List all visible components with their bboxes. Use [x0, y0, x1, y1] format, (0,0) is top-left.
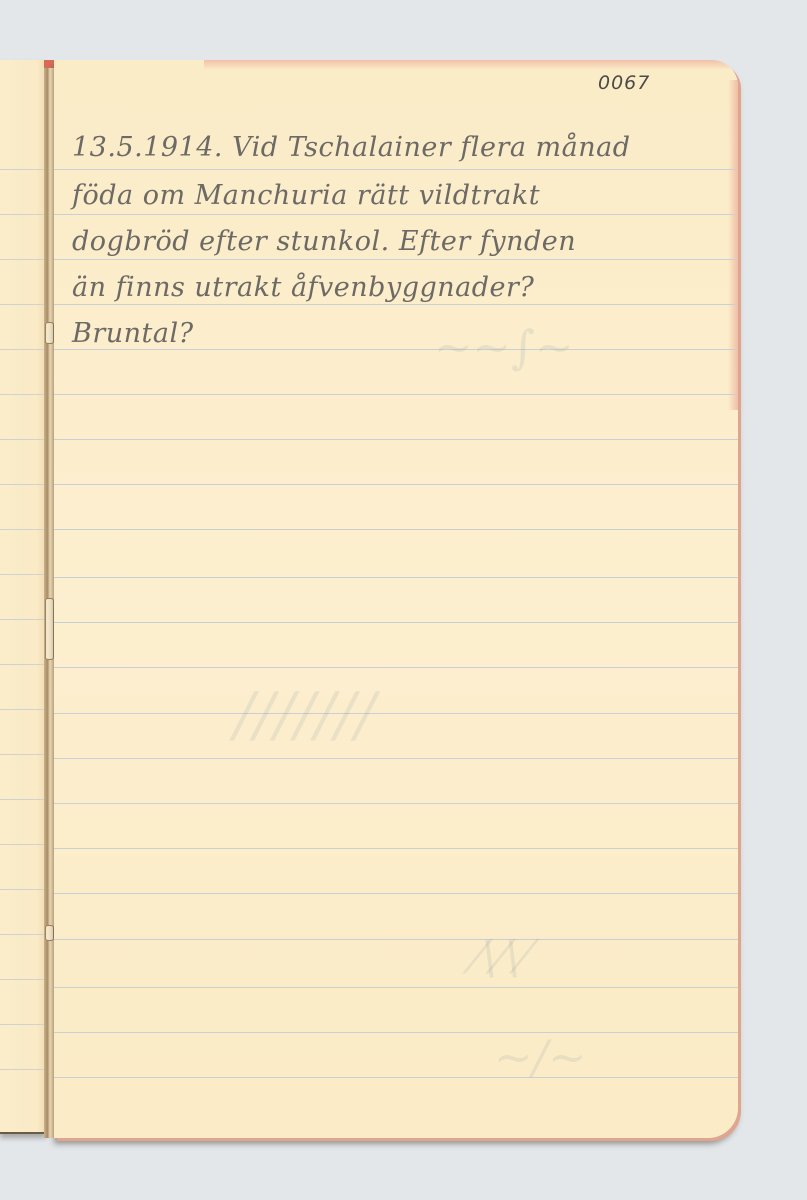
ruled-line: [54, 939, 738, 940]
binding-stitch: [45, 598, 54, 660]
ruled-line: [0, 439, 46, 440]
ruled-line: [0, 799, 46, 800]
ruled-line: [0, 934, 46, 935]
ruled-line: [0, 979, 46, 980]
ruled-line: [54, 304, 738, 305]
edge-stain-top: [204, 60, 738, 70]
spine-edge-stain: [44, 60, 54, 68]
ruled-line: [54, 713, 738, 714]
ruled-line: [0, 259, 46, 260]
previous-page-edge: [0, 60, 46, 1134]
ruled-line: [54, 1032, 738, 1033]
ruled-line: [0, 304, 46, 305]
ruled-line: [0, 394, 46, 395]
handwritten-line: dogbröd efter stunkol. Efter fynden: [72, 226, 576, 257]
binding-stitch: [45, 322, 54, 344]
ruled-line: [0, 619, 46, 620]
ruled-line: [0, 1069, 46, 1070]
ruled-line: [54, 349, 738, 350]
ruled-line: [0, 754, 46, 755]
show-through-sketch: ∕∕∕∕∕∕∕: [234, 680, 376, 750]
show-through-sketch: ~~∫~: [434, 320, 574, 374]
ruled-line: [0, 709, 46, 710]
ruled-line: [54, 439, 738, 440]
ruled-line: [0, 169, 46, 170]
handwritten-line: föda om Manchuria rätt vildtrakt: [72, 180, 540, 211]
handwritten-line: Bruntal?: [72, 318, 194, 349]
ruled-line: [0, 349, 46, 350]
ruled-line: [0, 889, 46, 890]
ruled-line: [0, 844, 46, 845]
ruled-line: [54, 484, 738, 485]
ruled-line: [54, 758, 738, 759]
ruled-line: [54, 1077, 738, 1078]
ruled-line: [54, 667, 738, 668]
ruled-line: [54, 169, 738, 170]
notebook-page: ~~∫~ ∕∕∕∕∕∕∕ ⁄\⁄\⁄ ~∕~: [54, 60, 738, 1138]
notebook-scan: ~~∫~ ∕∕∕∕∕∕∕ ⁄\⁄\⁄ ~∕~ 0067 13.5.1914. V…: [0, 0, 807, 1200]
ruled-line: [0, 529, 46, 530]
handwritten-line: än finns utrakt åfvenbyggnader?: [72, 272, 534, 303]
show-through-sketch: ⁄\⁄\⁄: [474, 930, 528, 984]
ruled-line: [54, 803, 738, 804]
ruled-line: [54, 259, 738, 260]
ruled-line: [54, 529, 738, 530]
ruled-line: [0, 1024, 46, 1025]
ruled-line: [54, 577, 738, 578]
ruled-line: [54, 394, 738, 395]
ruled-line: [54, 622, 738, 623]
ruled-line: [54, 848, 738, 849]
ruled-line: [54, 214, 738, 215]
ruled-line: [0, 664, 46, 665]
show-through-sketch: ~∕~: [494, 1030, 587, 1084]
ruled-line: [54, 893, 738, 894]
ruled-line: [0, 574, 46, 575]
ruled-line: [0, 484, 46, 485]
edge-stain-right: [728, 80, 738, 410]
binding-stitch: [45, 925, 54, 941]
handwritten-line: 13.5.1914. Vid Tschalainer flera månad: [72, 132, 631, 163]
ruled-line: [54, 987, 738, 988]
ruled-line: [0, 214, 46, 215]
page-number: 0067: [598, 72, 650, 94]
